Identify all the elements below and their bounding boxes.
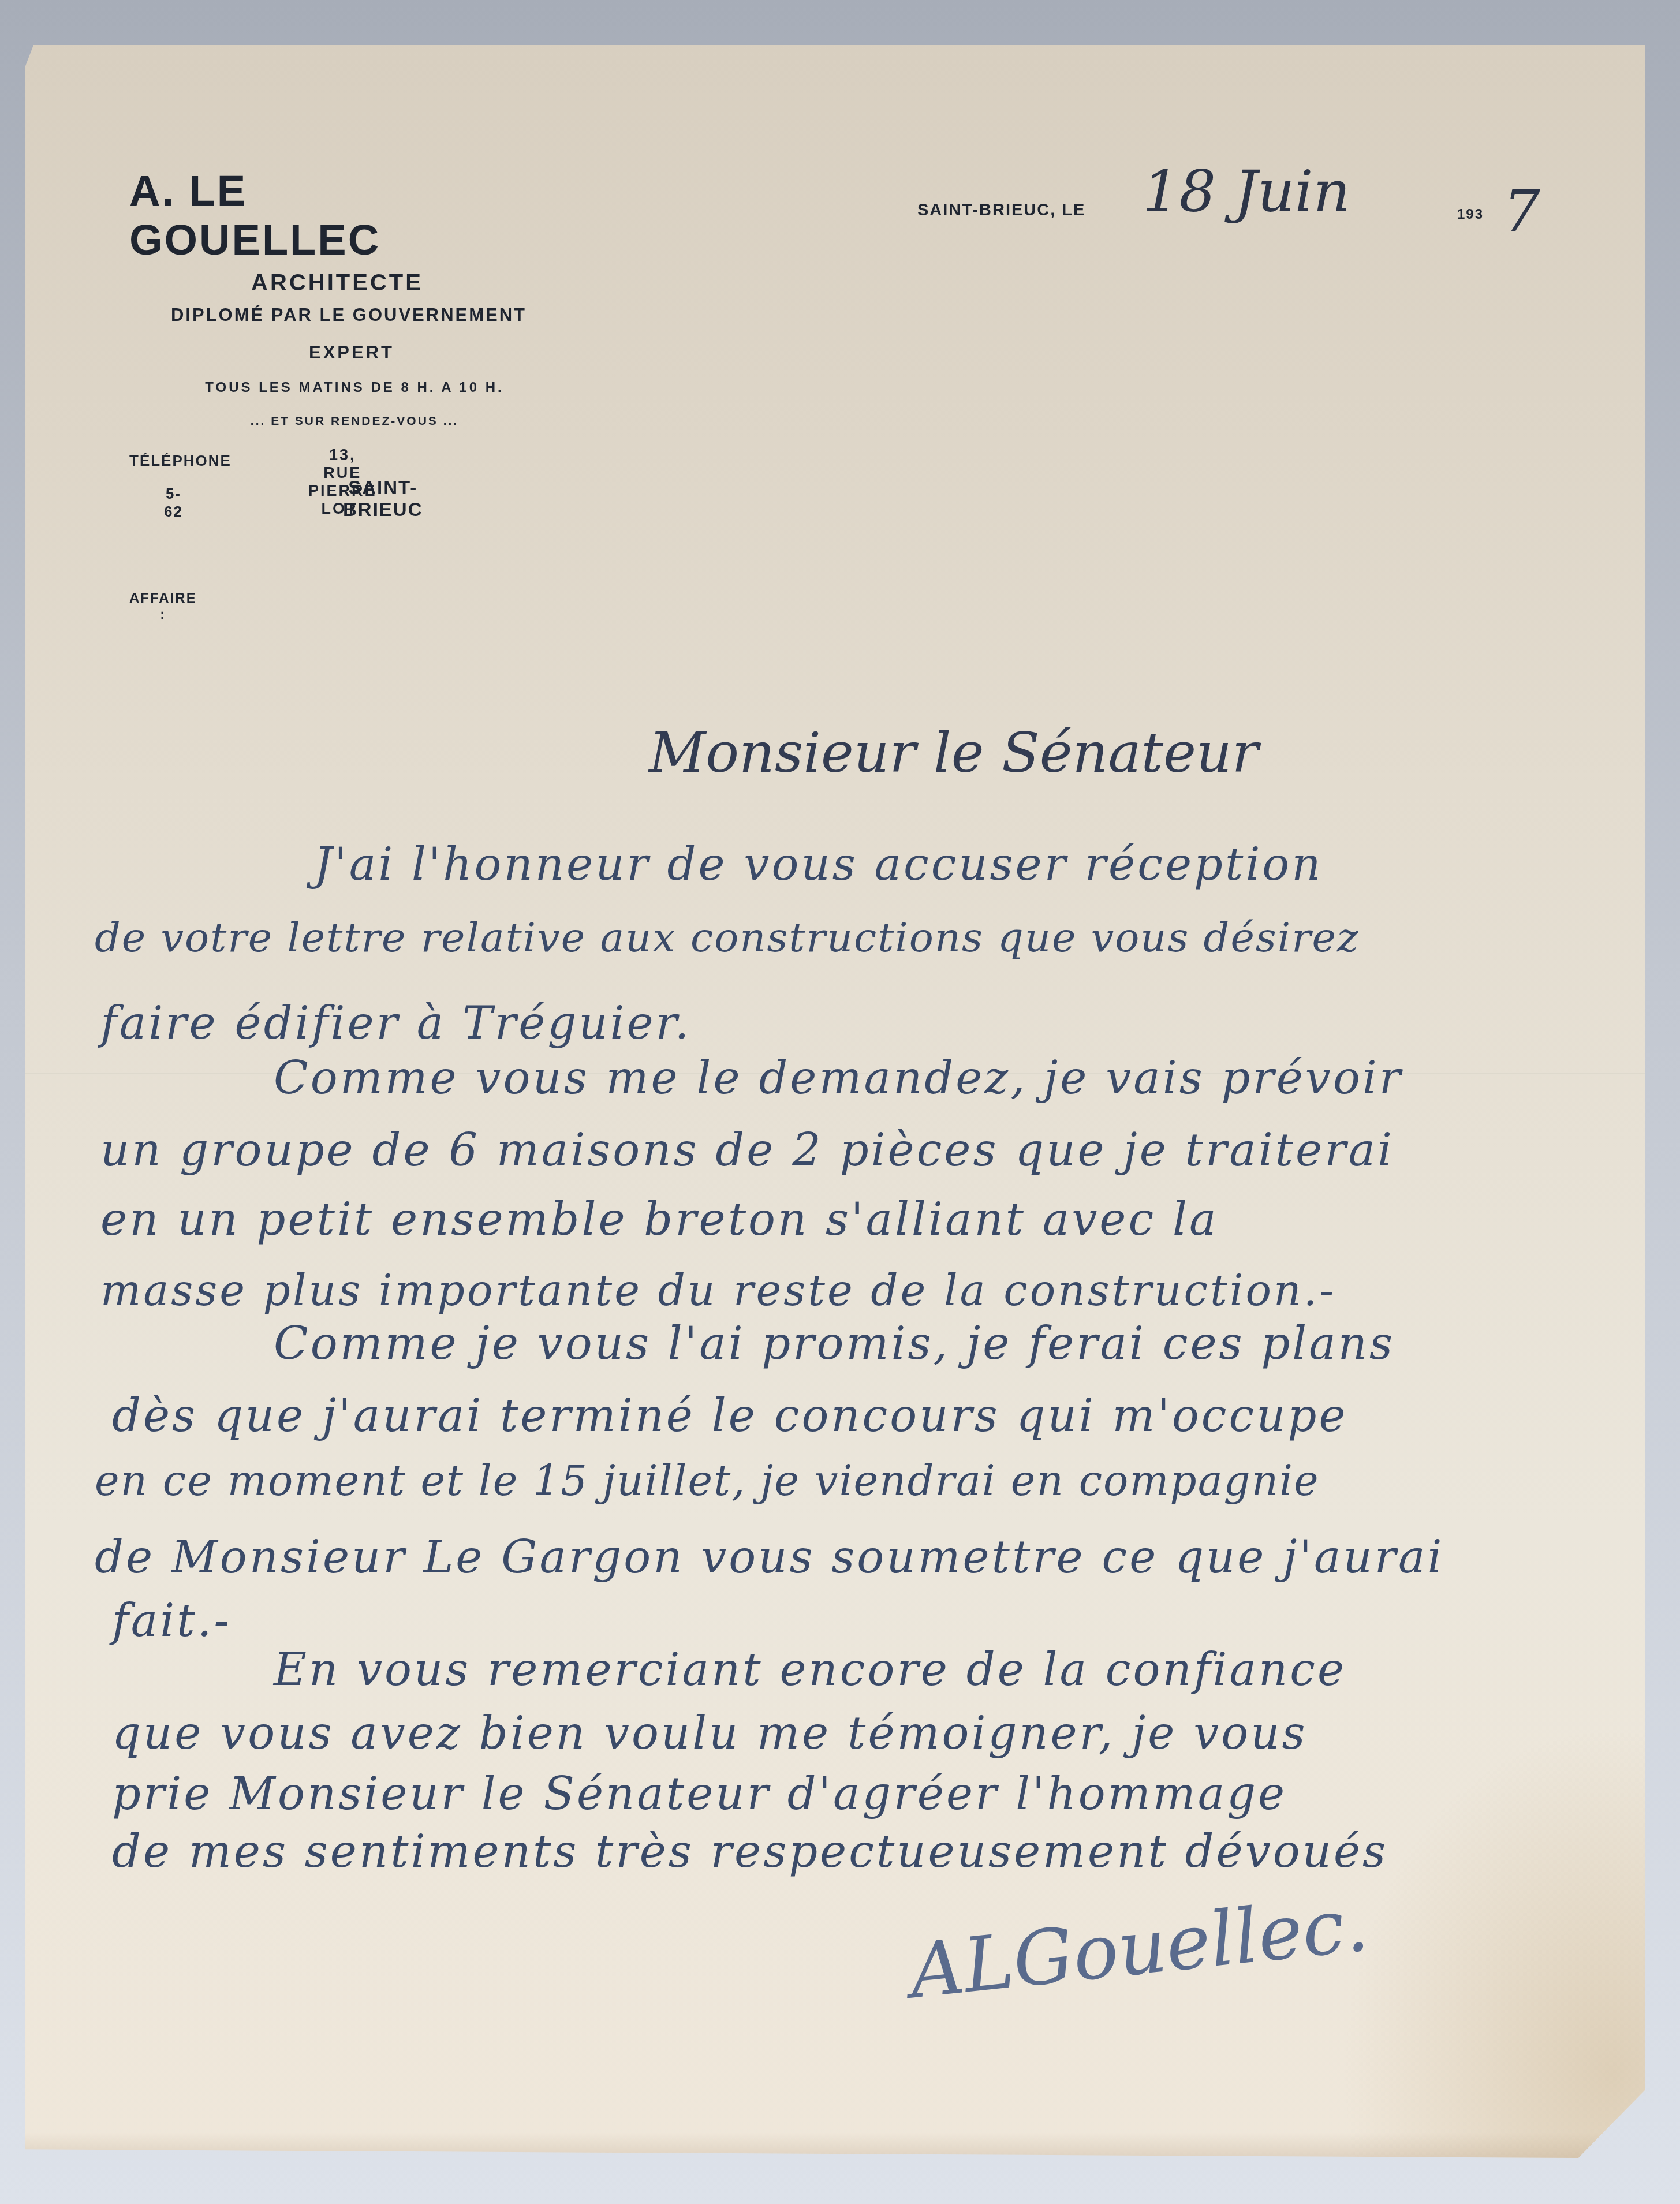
- telephone-number: 5-62: [164, 485, 183, 521]
- letter-line: de Monsieur Le Gargon vous soumettre ce …: [95, 1531, 1444, 1583]
- letterhead-city: SAINT-BRIEUC: [343, 477, 423, 521]
- letter-salutation: Monsieur le Sénateur: [649, 720, 1259, 785]
- letter-paper: A. LE GOUELLEC ARCHITECTE DIPLOMÉ PAR LE…: [25, 45, 1645, 2158]
- letterhead-role: EXPERT: [227, 342, 476, 363]
- telephone-label: TÉLÉPHONE: [129, 452, 232, 470]
- dateline-year-digit: 7: [1503, 178, 1540, 245]
- letter-line: un groupe de 6 maisons de 2 pièces que j…: [100, 1125, 1394, 1176]
- letterhead-title: ARCHITECTE: [207, 270, 467, 296]
- letterhead-appointment: ... ET SUR RENDEZ-VOUS ...: [164, 414, 545, 428]
- letter-line: masse plus importante du reste de la con…: [100, 1266, 1336, 1316]
- letter-line: fait.-: [112, 1595, 232, 1647]
- letter-line: dès que j'aurai terminé le concours qui …: [112, 1390, 1348, 1442]
- letter-line: Comme je vous l'ai promis, je ferai ces …: [274, 1318, 1395, 1370]
- letter-line: Comme vous me le demandez, je vais prévo…: [274, 1052, 1403, 1104]
- letter-line: en un petit ensemble breton s'alliant av…: [100, 1194, 1218, 1246]
- dateline-printed-prefix: SAINT-BRIEUC, LE: [917, 201, 1085, 220]
- letterhead-credential: DIPLOMÉ PAR LE GOUVERNEMENT: [129, 305, 568, 326]
- letter-line: de mes sentiments très respectueusement …: [112, 1826, 1388, 1878]
- letter-line: faire édifier à Tréguier.: [100, 998, 691, 1049]
- dateline-year-prefix: 193: [1457, 207, 1484, 223]
- signature: ALGouellec.: [905, 1880, 1372, 2015]
- letter-line: en ce moment et le 15 juillet, je viendr…: [95, 1456, 1320, 1505]
- letter-line: de votre lettre relative aux constructio…: [95, 914, 1360, 961]
- affaire-label: AFFAIRE :: [129, 591, 197, 623]
- letter-line: prie Monsieur le Sénateur d'agréer l'hom…: [112, 1768, 1287, 1820]
- letter-line: J'ai l'honneur de vous accuser réception: [314, 839, 1323, 891]
- dateline-handwritten-date: 18 Juin: [1143, 158, 1350, 225]
- letterhead-hours: TOUS LES MATINS DE 8 H. A 10 H.: [164, 380, 545, 396]
- letterhead-name: A. LE GOUELLEC: [129, 166, 380, 264]
- letter-line: En vous remerciant encore de la confianc…: [274, 1644, 1346, 1696]
- letter-line: que vous avez bien voulu me témoigner, j…: [112, 1708, 1307, 1760]
